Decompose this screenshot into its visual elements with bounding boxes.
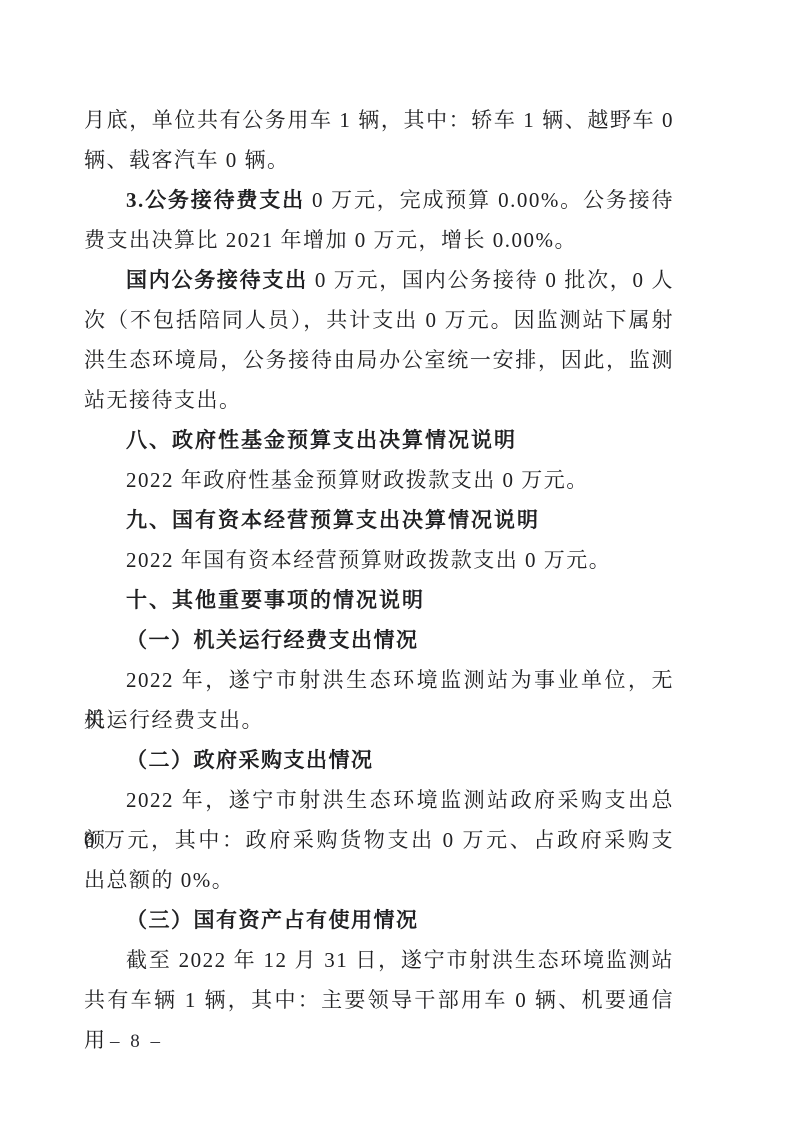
bold-text-run: 九、国有资本经营预算支出决算情况说明 (126, 509, 540, 532)
document-body: 月底，单位共有公务用车 1 辆，其中：轿车 1 辆、越野车 0辆、载客汽车 0 … (84, 100, 674, 1020)
text-line: （二）政府采购支出情况 (84, 740, 674, 780)
text-line: 九、国有资本经营预算支出决算情况说明 (84, 500, 674, 540)
text-line: （三）国有资产占有使用情况 (84, 900, 674, 940)
text-line: 关运行经费支出。 (84, 700, 674, 740)
text-line: 2022 年，遂宁市射洪生态环境监测站政府采购支出总额 (84, 780, 674, 820)
text-run: 出总额的 0%。 (84, 868, 234, 892)
text-line: 2022 年，遂宁市射洪生态环境监测站为事业单位，无机 (84, 660, 674, 700)
text-line: 国内公务接待支出 0 万元，国内公务接待 0 批次，0 人 (84, 260, 674, 300)
text-line: 十、其他重要事项的情况说明 (84, 580, 674, 620)
text-line: 次（不包括陪同人员），共计支出 0 万元。因监测站下属射 (84, 300, 674, 340)
text-run: 关运行经费支出。 (84, 708, 264, 732)
bold-text-run: 八、政府性基金预算支出决算情况说明 (126, 429, 517, 452)
text-line: 3.公务接待费支出 0 万元，完成预算 0.00%。公务接待 (84, 180, 674, 220)
text-line: 月底，单位共有公务用车 1 辆，其中：轿车 1 辆、越野车 0 (84, 100, 674, 140)
text-run: 0 万元，完成预算 0.00%。公务接待 (305, 188, 674, 212)
bold-text-run: （一）机关运行经费支出情况 (126, 628, 419, 652)
text-run: 费支出决算比 2021 年增加 0 万元，增长 0.00%。 (84, 228, 577, 252)
text-line: 费支出决算比 2021 年增加 0 万元，增长 0.00%。 (84, 220, 674, 260)
text-run: 0 万元，国内公务接待 0 批次，0 人 (308, 268, 674, 292)
page-number: – 8 – (110, 1022, 163, 1062)
text-line: 八、政府性基金预算支出决算情况说明 (84, 420, 674, 460)
text-line: 出总额的 0%。 (84, 860, 674, 900)
text-run: 月底，单位共有公务用车 1 辆，其中：轿车 1 辆、越野车 0 (84, 108, 674, 132)
text-line: （一）机关运行经费支出情况 (84, 620, 674, 660)
document-page: 月底，单位共有公务用车 1 辆，其中：轿车 1 辆、越野车 0辆、载客汽车 0 … (0, 0, 793, 1122)
text-run: 0 万元，其中：政府采购货物支出 0 万元、占政府采购支 (84, 828, 674, 852)
text-run: 次（不包括陪同人员），共计支出 0 万元。因监测站下属射 (84, 308, 674, 332)
text-run: 截至 2022 年 12 月 31 日，遂宁市射洪生态环境监测站 (126, 948, 674, 972)
bold-text-run: 3.公务接待费支出 (126, 188, 305, 212)
text-line: 共有车辆 1 辆，其中：主要领导干部用车 0 辆、机要通信用 (84, 980, 674, 1020)
text-run: 辆、载客汽车 0 辆。 (84, 148, 290, 172)
text-run: 共有车辆 1 辆，其中：主要领导干部用车 0 辆、机要通信用 (84, 988, 674, 1052)
text-line: 站无接待支出。 (84, 380, 674, 420)
bold-text-run: 十、其他重要事项的情况说明 (126, 589, 425, 612)
text-line: 2022 年政府性基金预算财政拨款支出 0 万元。 (84, 460, 674, 500)
text-line: 辆、载客汽车 0 辆。 (84, 140, 674, 180)
text-line: 2022 年国有资本经营预算财政拨款支出 0 万元。 (84, 540, 674, 580)
bold-text-run: 国内公务接待支出 (126, 268, 308, 292)
text-run: 站无接待支出。 (84, 388, 242, 412)
text-line: 洪生态环境局，公务接待由局办公室统一安排，因此，监测 (84, 340, 674, 380)
text-line: 0 万元，其中：政府采购货物支出 0 万元、占政府采购支 (84, 820, 674, 860)
bold-text-run: （二）政府采购支出情况 (126, 748, 374, 772)
text-line: 截至 2022 年 12 月 31 日，遂宁市射洪生态环境监测站 (84, 940, 674, 980)
text-run: 2022 年国有资本经营预算财政拨款支出 0 万元。 (126, 548, 611, 572)
bold-text-run: （三）国有资产占有使用情况 (126, 908, 419, 932)
text-run: 洪生态环境局，公务接待由局办公室统一安排，因此，监测 (84, 348, 674, 372)
text-run: 2022 年政府性基金预算财政拨款支出 0 万元。 (126, 468, 589, 492)
